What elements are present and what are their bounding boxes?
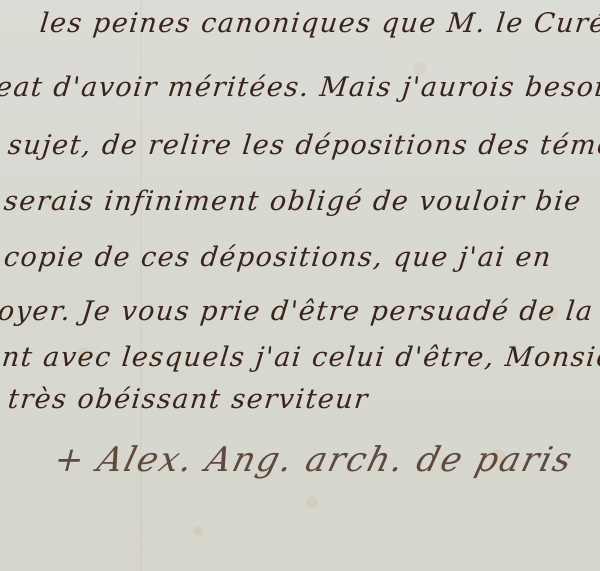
signature: + Alex. Ang. arch. de paris [50, 440, 578, 480]
letter-line-6: oyer. Je vous prie d'être persuadé de la [0, 296, 595, 327]
letter-line-8: très obéissant serviteur [6, 384, 370, 415]
letter-line-3: sujet, de relire les dépositions des tém… [6, 130, 600, 161]
manuscript-page: les peines canoniques que M. le Curé d e… [0, 0, 600, 571]
letter-line-2: eat d'avoir méritées. Mais j'aurois beso… [0, 72, 600, 103]
letter-line-7: nt avec lesquels j'ai celui d'être, Mons… [0, 342, 600, 373]
letter-line-5: copie de ces dépositions, que j'ai en [2, 242, 553, 273]
letter-line-1: les peines canoniques que M. le Curé d [38, 8, 600, 39]
letter-line-4: serais infiniment obligé de vouloir bie [2, 186, 583, 217]
